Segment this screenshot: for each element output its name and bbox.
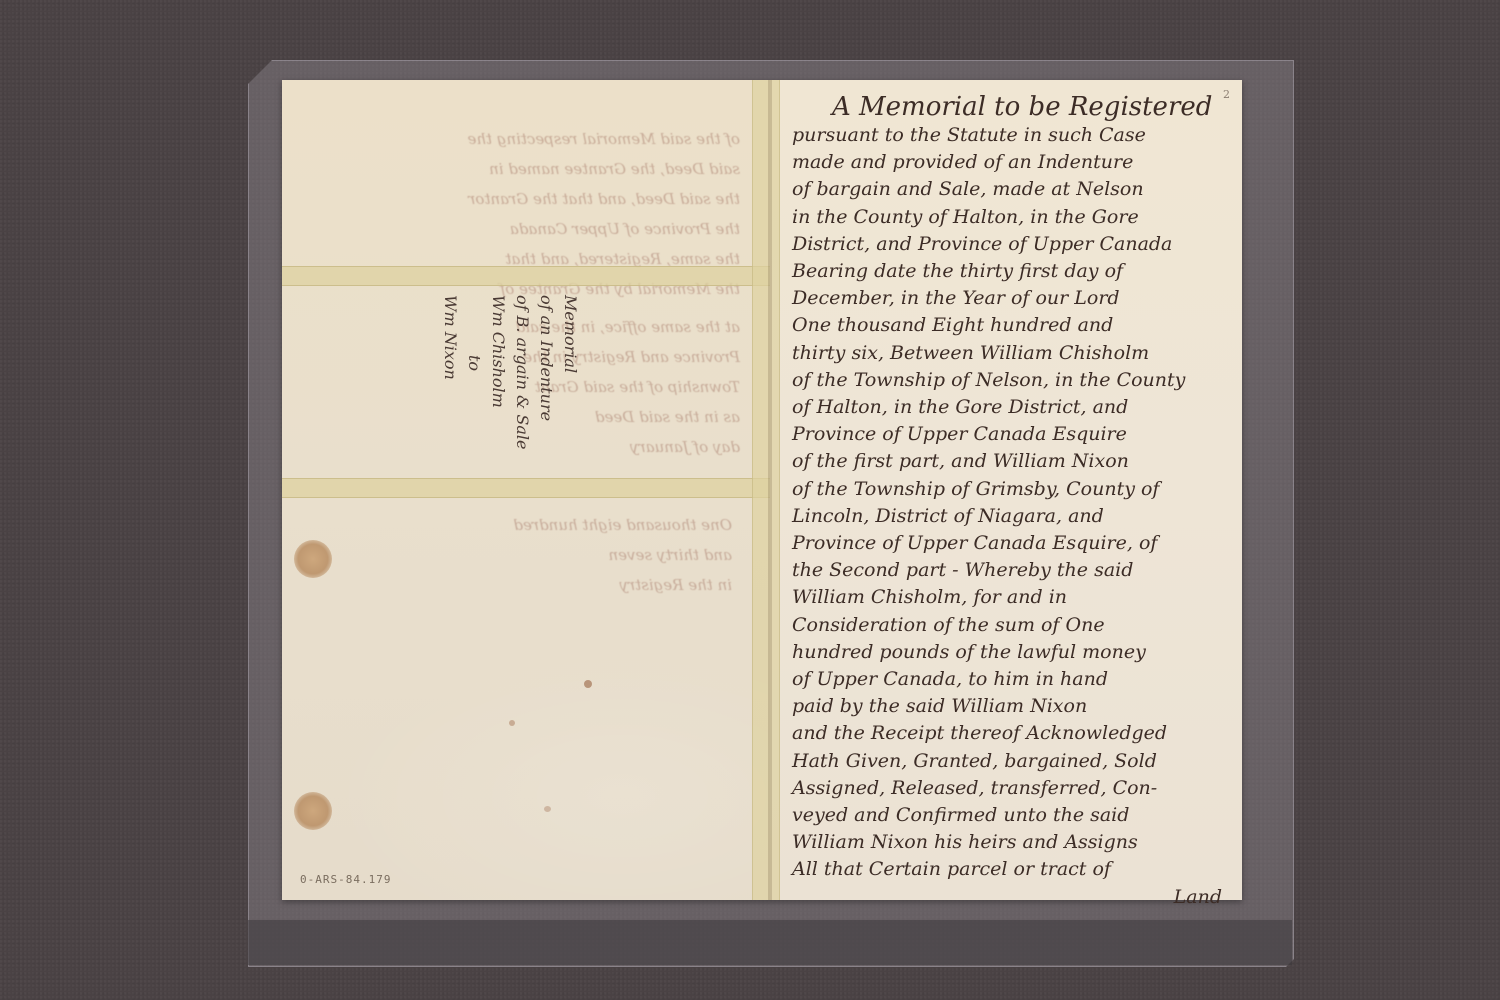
- center-fold: [768, 80, 772, 900]
- docket-endorsement: Memorial of an Indenture of B. argain & …: [442, 295, 582, 555]
- sleeve-edge: [248, 920, 1292, 965]
- text-line: Assigned, Released, transferred, Con-: [792, 775, 1232, 802]
- text-line: the Second part - Whereby the said: [792, 557, 1232, 584]
- text-line: of the Township of Grimsby, County of: [792, 476, 1232, 503]
- manuscript-document: of the said Memorial respecting the said…: [282, 80, 1242, 900]
- text-line: One thousand Eight hundred and: [792, 312, 1232, 339]
- text-line: Lincoln, District of Niagara, and: [792, 503, 1232, 530]
- text-line: of the Township of Nelson, in the County: [792, 367, 1232, 394]
- document-title: A Memorial to be Registered: [792, 92, 1232, 122]
- text-line: in the County of Halton, in the Gore: [792, 204, 1232, 231]
- memorial-text: A Memorial to be Registered pursuant to …: [792, 92, 1232, 911]
- text-line: Province of Upper Canada Esquire: [792, 421, 1232, 448]
- catalog-number: 0-ARS-84.179: [300, 873, 391, 886]
- sleeve-glare: [322, 640, 822, 900]
- text-line: Province of Upper Canada Esquire, of: [792, 530, 1232, 557]
- text-line: of the first part, and William Nixon: [792, 448, 1232, 475]
- text-line: December, in the Year of our Lord: [792, 285, 1232, 312]
- text-line: paid by the said William Nixon: [792, 693, 1232, 720]
- text-line: William Nixon his heirs and Assigns: [792, 829, 1232, 856]
- text-line: of Upper Canada, to him in hand: [792, 666, 1232, 693]
- text-line: Bearing date the thirty first day of: [792, 258, 1232, 285]
- text-line: of bargain and Sale, made at Nelson: [792, 176, 1232, 203]
- wax-seal-mark-upper: [294, 540, 332, 578]
- text-line: pursuant to the Statute in such Case: [792, 122, 1232, 149]
- text-line: Consideration of the sum of One: [792, 612, 1232, 639]
- text-line: William Chisholm, for and in: [792, 584, 1232, 611]
- text-line: of Halton, in the Gore District, and: [792, 394, 1232, 421]
- tape-strip-spine: [752, 80, 780, 900]
- left-leaf: of the said Memorial respecting the said…: [282, 80, 770, 900]
- text-line: District, and Province of Upper Canada: [792, 231, 1232, 258]
- text-line: made and provided of an Indenture: [792, 149, 1232, 176]
- text-line: hundred pounds of the lawful money: [792, 639, 1232, 666]
- tape-strip-upper: [282, 266, 770, 286]
- text-line: Hath Given, Granted, bargained, Sold: [792, 748, 1232, 775]
- catchword: Land: [792, 884, 1232, 911]
- text-line: All that Certain parcel or tract of: [792, 856, 1232, 883]
- text-line: thirty six, Between William Chisholm: [792, 340, 1232, 367]
- text-line: veyed and Confirmed unto the said: [792, 802, 1232, 829]
- text-line: and the Receipt thereof Acknowledged: [792, 720, 1232, 747]
